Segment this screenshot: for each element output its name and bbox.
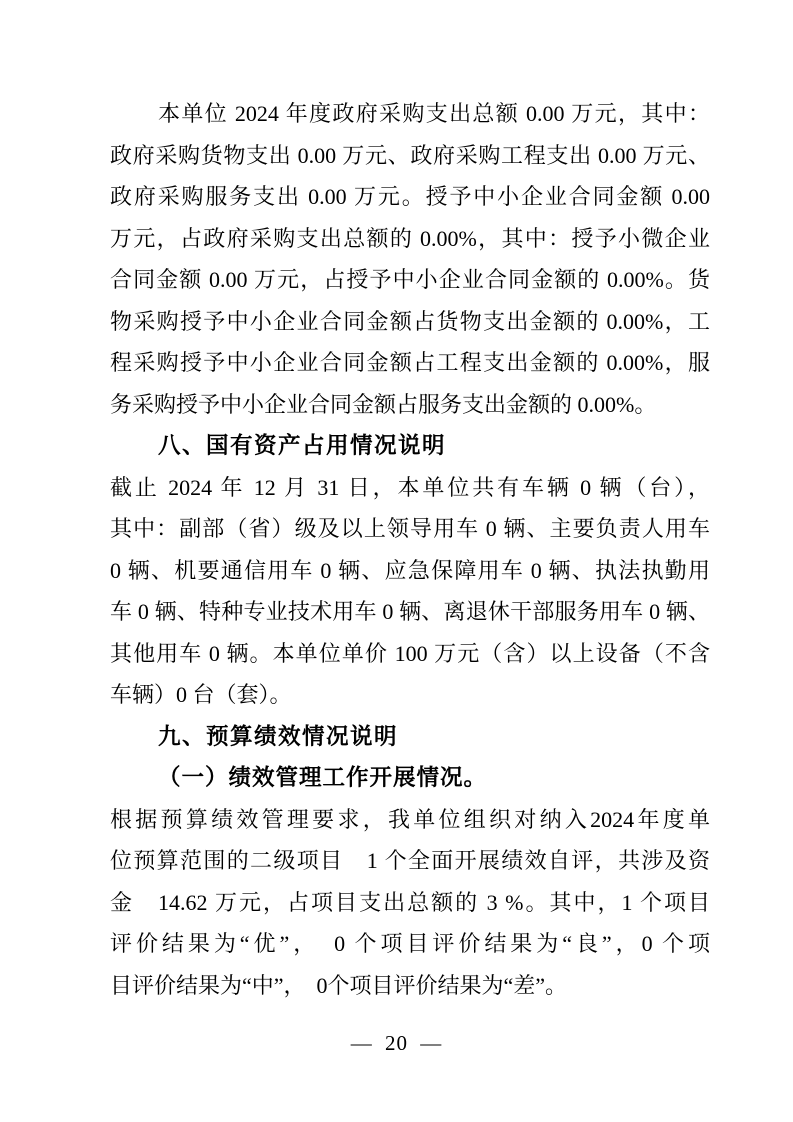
performance-para-line-5: 目评价结果为“中”， 0个项目评价结果为“差”。 <box>110 965 710 1007</box>
performance-para-line-4: 评价结果为“优”， 0 个项目评价结果为“良”，0 个项 <box>110 923 710 965</box>
assets-para-line-3: 0 辆、机要通信用车 0 辆、应急保障用车 0 辆、执法执勤用 <box>110 550 710 592</box>
document-body: 本单位 2024 年度政府采购支出总额 0.00 万元，其中： 政府采购货物支出… <box>110 93 710 1006</box>
performance-para-line-1: 根据预算绩效管理要求，我单位组织对纳入2024年度单 <box>110 799 710 841</box>
procurement-para-line-5: 合同金额 0.00 万元，占授予中小企业合同金额的 0.00%。货 <box>110 259 710 301</box>
heading-budget-performance: 九、预算绩效情况说明 <box>110 716 710 758</box>
procurement-para-line-6: 物采购授予中小企业合同金额占货物支出金额的 0.00%，工 <box>110 301 710 343</box>
document-page: 本单位 2024 年度政府采购支出总额 0.00 万元，其中： 政府采购货物支出… <box>0 0 793 1122</box>
performance-para-line-2: 位预算范围的二级项目 1 个全面开展绩效自评，共涉及资 <box>110 840 710 882</box>
assets-para-line-5: 其他用车 0 辆。本单位单价 100 万元（含）以上设备（不含 <box>110 633 710 675</box>
procurement-para-line-4: 万元，占政府采购支出总额的 0.00%，其中：授予小微企业 <box>110 218 710 260</box>
procurement-para-line-2: 政府采购货物支出 0.00 万元、政府采购工程支出 0.00 万元、 <box>110 135 710 177</box>
procurement-para-line-7: 程采购授予中小企业合同金额占工程支出金额的 0.00%，服 <box>110 342 710 384</box>
procurement-para-line-8: 务采购授予中小企业合同金额占服务支出金额的 0.00%。 <box>110 384 710 426</box>
procurement-para-line-1: 本单位 2024 年度政府采购支出总额 0.00 万元，其中： <box>110 93 710 135</box>
procurement-para-line-3: 政府采购服务支出 0.00 万元。授予中小企业合同金额 0.00 <box>110 176 710 218</box>
assets-para-line-2: 其中：副部（省）级及以上领导用车 0 辆、主要负责人用车 <box>110 508 710 550</box>
assets-para-line-6: 车辆）0 台（套）。 <box>110 674 710 716</box>
performance-para-line-3: 金 14.62 万元，占项目支出总额的 3 %。其中，1 个项目 <box>110 882 710 924</box>
page-number: — 20 — <box>0 1031 793 1056</box>
assets-para-line-1: 截止 2024 年 12 月 31 日，本单位共有车辆 0 辆（台）， <box>110 467 710 509</box>
heading-state-assets: 八、国有资产占用情况说明 <box>110 425 710 467</box>
heading-performance-management: （一）绩效管理工作开展情况。 <box>110 757 710 799</box>
assets-para-line-4: 车 0 辆、特种专业技术用车 0 辆、离退休干部服务用车 0 辆、 <box>110 591 710 633</box>
